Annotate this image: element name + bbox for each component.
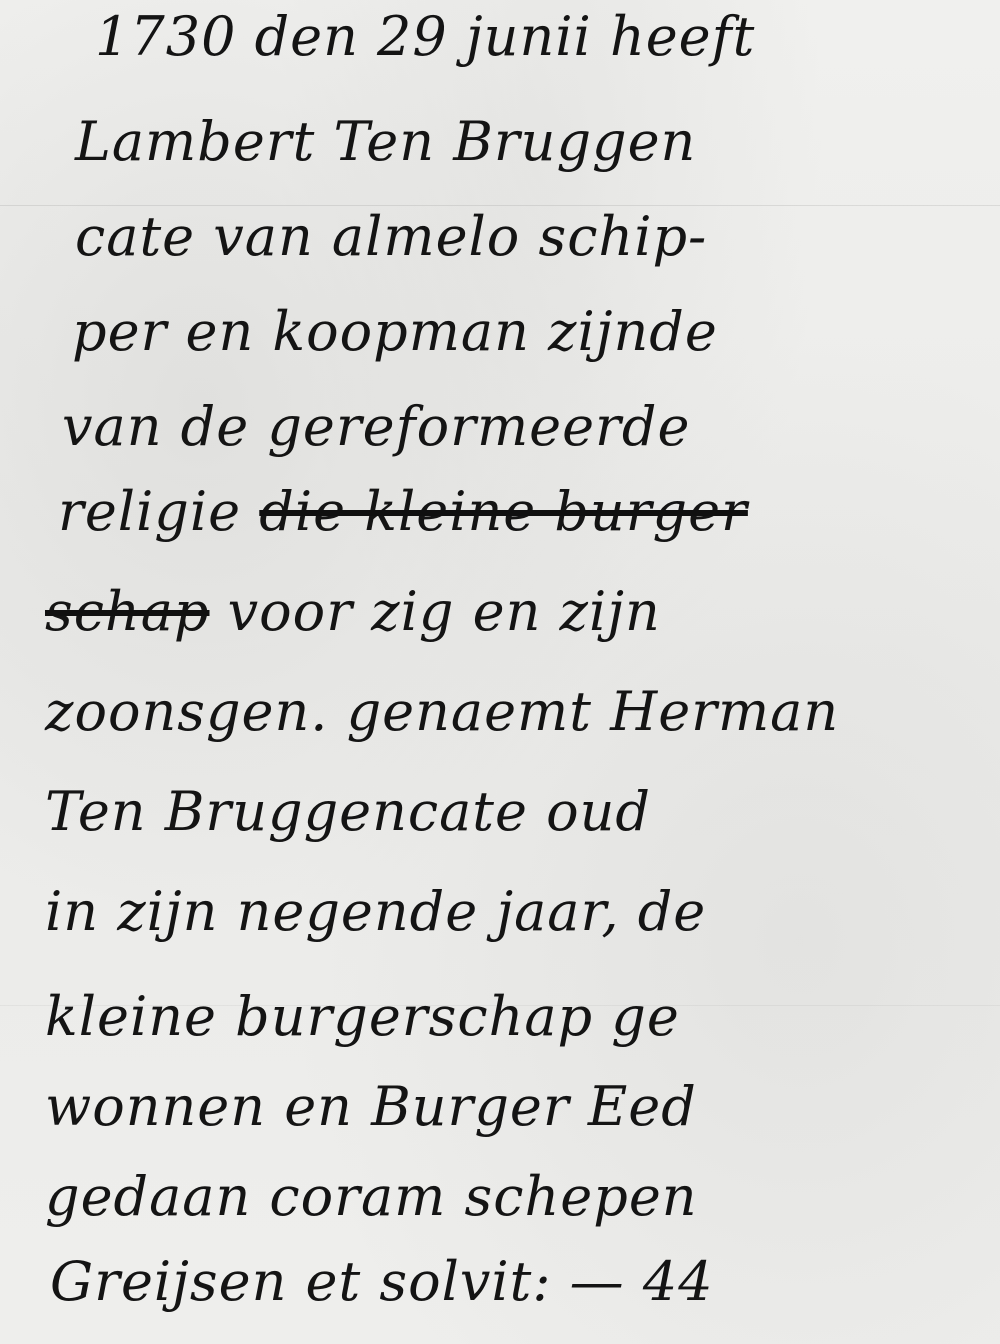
handwritten-line-9: Ten Bruggencate oud [45,780,651,843]
struck-through-text: schap [45,580,210,643]
line-text: cate van almelo schip- [75,205,707,268]
line-text: 1730 den 29 junii heeft [95,5,755,68]
handwritten-line-11: kleine burgerschap ge [45,985,680,1048]
handwritten-line-1: 1730 den 29 junii heeft [95,5,755,68]
line-text: Greijsen et solvit: — 44 [50,1250,714,1313]
scanned-page: 1730 den 29 junii heeft Lambert Ten Brug… [0,0,1000,1344]
handwritten-line-8: zoonsgen. genaemt Herman [45,680,839,743]
line-text: zoonsgen. genaemt Herman [45,680,839,743]
line-text: wonnen en Burger Eed [45,1075,697,1138]
line-text: van de gereformeerde [62,395,690,458]
handwritten-line-12: wonnen en Burger Eed [45,1075,697,1138]
handwritten-line-5: van de gereformeerde [62,395,690,458]
handwritten-line-13: gedaan coram schepen [45,1165,698,1228]
line-text: Ten Bruggencate oud [45,780,651,843]
line-text: gedaan coram schepen [45,1165,698,1228]
handwritten-line-14: Greijsen et solvit: — 44 [50,1250,714,1313]
line-text: voor zig en zijn [210,580,661,643]
line-text: Lambert Ten Bruggen [75,110,696,173]
handwritten-line-10: in zijn negende jaar, de [45,880,706,943]
handwritten-line-3: cate van almelo schip- [75,205,707,268]
handwritten-line-2: Lambert Ten Bruggen [75,110,696,173]
line-text: religie [58,480,259,543]
line-text: kleine burgerschap ge [45,985,680,1048]
line-text: per en koopman zijnde [72,300,718,363]
line-text: in zijn negende jaar, de [45,880,706,943]
struck-through-text: die kleine burger [259,480,748,543]
handwritten-line-4: per en koopman zijnde [72,300,718,363]
handwritten-line-7: schap voor zig en zijn [45,580,661,643]
handwritten-line-6: religie die kleine burger [58,480,748,543]
